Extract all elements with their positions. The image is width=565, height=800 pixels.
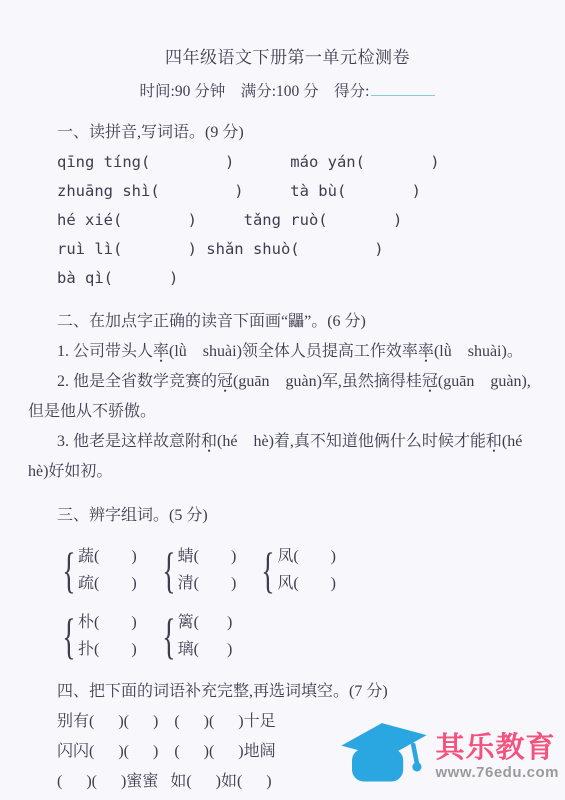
q2-item-1-text: (lǜ shuài)。 xyxy=(434,343,523,360)
qile-education-logo: 其乐教育 www.76edu.com xyxy=(338,723,559,792)
pinyin-row-3: hé xié( ) tǎng ruò( ) xyxy=(28,206,547,235)
word-pair-row-1: {蔬( )疏( ) {蜻( )清( ) {凤( )风( ) xyxy=(28,543,547,597)
q2-item-2-text: 2. 他是全省数学竞赛的 xyxy=(57,373,217,390)
q2-item-2-continuation: 但是他从不骄傲。 xyxy=(28,397,547,427)
curly-brace: { xyxy=(62,611,75,661)
q2-item-2: 2. 他是全省数学竞赛的冠(guān guàn)军,虽然摘得桂冠(guān gu… xyxy=(28,367,547,397)
pair-top: 篱( ) xyxy=(178,609,233,636)
word-pair-row-2: {朴( )扑( ) {篱( )璃( ) xyxy=(28,609,547,663)
pair-top: 蔬( ) xyxy=(78,543,137,570)
pair-bottom: 风( ) xyxy=(277,570,336,597)
logo-text-block: 其乐教育 www.76edu.com xyxy=(436,733,559,782)
section-1-heading: 一、读拼音,写词语。(9 分) xyxy=(28,118,547,148)
word-pair-group: {蔬( )疏( ) xyxy=(57,543,137,597)
q2-item-3-text: (hé xyxy=(502,433,522,450)
section-4-heading: 四、把下面的词语补充完整,再选词填空。(7 分) xyxy=(28,677,547,707)
pair-bottom: 疏( ) xyxy=(78,570,137,597)
pinyin-row-4: ruì lì( ) shǎn shuò( ) xyxy=(28,235,547,264)
q2-item-1: 1. 公司带头人率(lǜ shuài)领全体人员提高工作效率率(lǜ shuài… xyxy=(28,337,547,367)
logo-brand-name: 其乐教育 xyxy=(436,733,559,763)
q2-item-1-text: 1. 公司带头人 xyxy=(57,343,153,360)
word-pair-section: {蔬( )疏( ) {蜻( )清( ) {凤( )风( ) {朴( )扑( ) … xyxy=(28,543,547,663)
word-pair-group: {篱( )璃( ) xyxy=(157,609,233,663)
pair-top: 凤( ) xyxy=(277,543,336,570)
dotted-char: 和 xyxy=(201,433,217,450)
pair-top: 朴( ) xyxy=(78,609,137,636)
exam-title: 四年级语文下册第一单元检测卷 xyxy=(28,46,547,70)
curly-brace: { xyxy=(162,611,175,661)
q2-item-3-text: (hé hè)着,真不知道他俩什么时候才能 xyxy=(217,433,486,450)
pinyin-row-1: qīng tíng( ) máo yán( ) xyxy=(28,148,547,177)
q2-item-2-text: (guān guàn), xyxy=(438,373,531,390)
word-pair-group: {蜻( )清( ) xyxy=(157,543,237,597)
exam-info-text: 时间:90 分钟 满分:100 分 得分: xyxy=(140,83,370,100)
test-paper-page: 四年级语文下册第一单元检测卷 时间:90 分钟 满分:100 分 得分: 一、读… xyxy=(0,0,565,800)
section-3-heading: 三、辨字组词。(5 分) xyxy=(28,501,547,531)
logo-website-url: www.76edu.com xyxy=(436,763,559,782)
dotted-char: 和 xyxy=(486,433,502,450)
section-2-heading: 二、在加点字正确的读音下面画“鼺”。(6 分) xyxy=(28,307,547,337)
curly-brace: { xyxy=(62,545,75,595)
dotted-char: 率 xyxy=(153,343,169,360)
pair-bottom: 璃( ) xyxy=(178,636,233,663)
exam-info-line: 时间:90 分钟 满分:100 分 得分: xyxy=(28,80,547,104)
q2-item-2-text: (guān guàn)军,虽然摘得桂 xyxy=(233,373,422,390)
word-pair-group: {凤( )风( ) xyxy=(256,543,336,597)
pair-bottom: 扑( ) xyxy=(78,636,137,663)
word-pair-group: {朴( )扑( ) xyxy=(57,609,137,663)
graduation-cap-icon xyxy=(338,723,430,792)
pinyin-row-2: zhuāng shì( ) tà bù( ) xyxy=(28,177,547,206)
q2-item-1-text: (lǜ shuài)领全体人员提高工作效率 xyxy=(169,343,418,360)
pair-top: 蜻( ) xyxy=(178,543,237,570)
q2-item-3-continuation: hè)好如初。 xyxy=(28,457,547,487)
q2-item-3-text: 3. 他老是这样故意附 xyxy=(57,433,201,450)
q2-item-3: 3. 他老是这样故意附和(hé hè)着,真不知道他俩什么时候才能和(hé xyxy=(28,427,547,457)
dotted-char: 率 xyxy=(418,343,434,360)
dotted-char: 冠 xyxy=(422,373,438,390)
curly-brace: { xyxy=(262,545,275,595)
score-blank-underline xyxy=(371,95,435,96)
pinyin-row-5: bà qì( ) xyxy=(28,264,547,293)
dotted-char: 冠 xyxy=(217,373,233,390)
curly-brace: { xyxy=(162,545,175,595)
pair-bottom: 清( ) xyxy=(178,570,237,597)
